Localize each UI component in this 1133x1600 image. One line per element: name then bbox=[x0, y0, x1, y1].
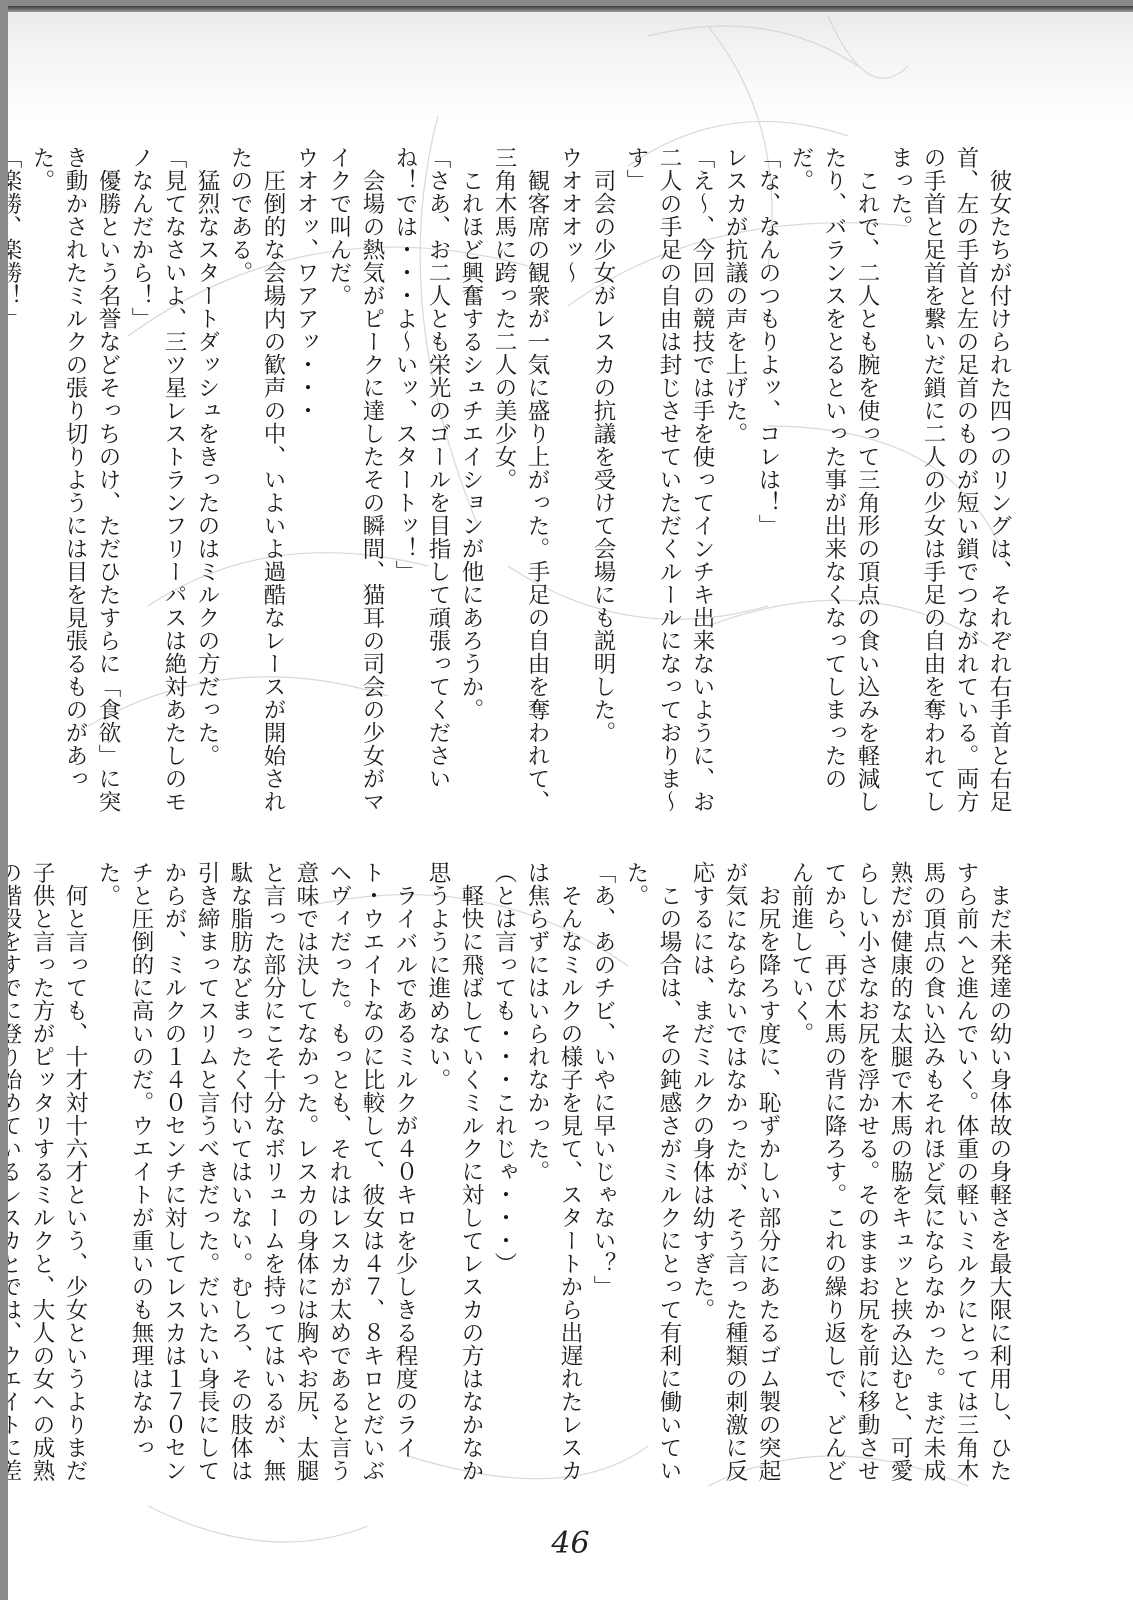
paragraph: お尻を降ろす度に、恥ずかしい部分にあたるゴム製の突起が気にならないではなかったが… bbox=[685, 861, 784, 1501]
paragraph: 観客席の観衆が一気に盛り上がった。手足の自由を奪われて、三角木馬に跨った二人の美… bbox=[487, 146, 553, 826]
dialogue-line: 「見てなさいよ、三ツ星レストランフリーパスは絶対あたしのモノなんだから！」 bbox=[124, 146, 190, 826]
dialogue-line: 「な、なんのつもりよッ、コレは！」 bbox=[751, 146, 784, 826]
scan-edge-shadow bbox=[8, 6, 1133, 12]
thought-line: （とは言っても・・・これじゃ・・・） bbox=[487, 861, 520, 1501]
paragraph: 会場の熱気がピークに達したその瞬間、猫耳の司会の少女がマイクで叫んだ。 bbox=[322, 146, 388, 826]
paragraph: これで、二人とも腕を使って三角形の頂点の食い込みを軽減したり、バランスをとるとい… bbox=[784, 146, 883, 826]
scanned-book-page: 彼女たちが付けられた四つのリングは、それぞれ右手首と右足首、左の手首と左の足首の… bbox=[8, 6, 1133, 1600]
paragraph: レスカが抗議の声を上げた。 bbox=[718, 146, 751, 826]
text-block-lower: まだ未発達の幼い身体故の身軽さを最大限に利用し、ひたすら前へと進んでいく。体重の… bbox=[125, 861, 1015, 1501]
paragraph: 優勝という名誉などそっちのけ、ただひたすらに「食欲」に突き動かされたミルクの張り… bbox=[25, 146, 124, 826]
dialogue-line: 「さあ、お二人とも栄光のゴールを目指して頑張ってくださいね！では・・・よ〜いッ、… bbox=[388, 146, 454, 826]
paragraph: 司会の少女がレスカの抗議を受けて会場にも説明した。 bbox=[586, 146, 619, 826]
paragraph: ライバルであるミルクが４０キロを少しきる程度のライト・ウエイトなのに比較して、彼… bbox=[91, 861, 421, 1501]
paragraph: この場合は、その鈍感さがミルクにとって有利に働いていた。 bbox=[619, 861, 685, 1501]
text-block-upper: 彼女たちが付けられた四つのリングは、それぞれ右手首と右足首、左の手首と左の足首の… bbox=[125, 146, 1015, 826]
paragraph: これほど興奮するシュチエイションが他にあろうか。 bbox=[454, 146, 487, 826]
paragraph: 圧倒的な会場内の歓声の中、いよいよ過酷なレースが開始されたのである。 bbox=[223, 146, 289, 826]
sound-effect-line: ウオオッ、ワアアッ・・・ bbox=[289, 146, 322, 826]
paragraph: 猛烈なスタートダッシュをきったのはミルクの方だった。 bbox=[190, 146, 223, 826]
dialogue-line: 「あ、あのチビ、いやに早いじゃない？」 bbox=[586, 861, 619, 1501]
paragraph: 何と言っても、十才対十六才という、少女というよりまだ子供と言った方がピッタリする… bbox=[8, 861, 91, 1501]
paragraph: まだ未発達の幼い身体故の身軽さを最大限に利用し、ひたすら前へと進んでいく。体重の… bbox=[784, 861, 1015, 1501]
dialogue-line: 「楽勝、楽勝！」 bbox=[8, 146, 25, 826]
dialogue-line: 「え〜、今回の競技では手を使ってインチキ出来ないように、お二人の手足の自由は封じ… bbox=[619, 146, 718, 826]
page-number: 46 bbox=[8, 1526, 1133, 1561]
paragraph: 軽快に飛ばしていくミルクに対してレスカの方はなかなか思うように進めない。 bbox=[421, 861, 487, 1501]
sound-effect-line: ウオオオッ〜 bbox=[553, 146, 586, 826]
paragraph: そんなミルクの様子を見て、スタートから出遅れたレスカは焦らずにはいられなかった。 bbox=[520, 861, 586, 1501]
paragraph: 彼女たちが付けられた四つのリングは、それぞれ右手首と右足首、左の手首と左の足首の… bbox=[883, 146, 1015, 826]
